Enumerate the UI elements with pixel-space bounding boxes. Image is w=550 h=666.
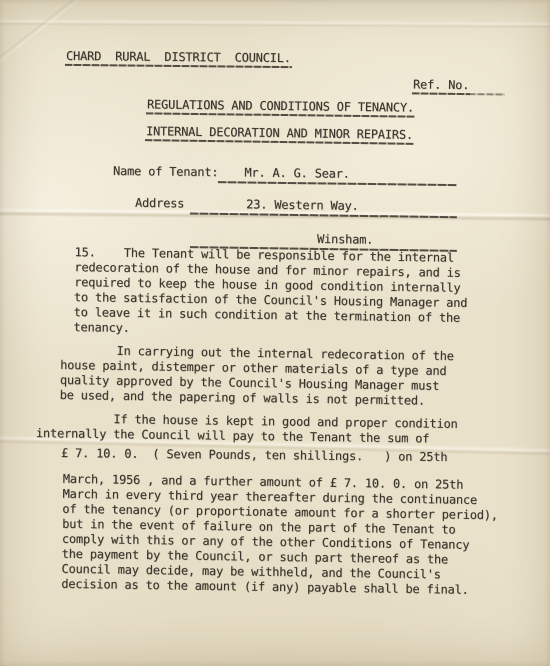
- doc-title: REGULATIONS AND CONDITIONS OF TENANCY.: [147, 97, 414, 115]
- address-label: Address: [135, 196, 184, 211]
- ref-no-row: Ref. No.: [413, 77, 505, 93]
- ref-no-blank-line: [469, 81, 505, 93]
- tenant-name-row: Name of Tenant:Mr. A. G. Sear.: [113, 164, 458, 183]
- doc-title-text: REGULATIONS AND CONDITIONS OF TENANCY.: [147, 97, 414, 115]
- address-value-2: Winsham.: [317, 232, 373, 247]
- doc-subtitle-text: INTERNAL DECORATION AND MINOR REPAIRS.: [146, 124, 413, 143]
- conditions-paragraph: March, 1956 , and a further amount of £ …: [61, 472, 498, 598]
- address-line-2: Winsham.: [190, 230, 457, 249]
- address-line-1: 23. Western Way.: [190, 197, 457, 216]
- doc-subtitle: INTERNAL DECORATION AND MINOR REPAIRS.: [146, 124, 413, 143]
- tenant-name-value: Mr. A. G. Sear.: [244, 166, 350, 181]
- tenant-name-label: Name of Tenant:: [113, 164, 219, 179]
- tenant-name-line: Mr. A. G. Sear.: [218, 165, 457, 183]
- address-row-2: Winsham.: [190, 230, 457, 249]
- clause-15-paragraph: 15. The Tenant will be responsible for t…: [73, 245, 468, 341]
- paper-crease-top: [0, 19, 550, 29]
- address-value-1: 23. Western Way.: [246, 197, 359, 213]
- council-name: CHARD RURAL DISTRICT COUNCIL.: [66, 49, 291, 66]
- materials-paragraph: In carrying out the internal redecoratio…: [60, 343, 454, 409]
- council-name-text: CHARD RURAL DISTRICT COUNCIL.: [66, 49, 291, 66]
- payment-paragraph: If the house is kept in good and proper …: [36, 411, 458, 447]
- address-row-1: Address23. Western Way.: [135, 196, 457, 215]
- ref-no-label: Ref. No.: [413, 77, 469, 93]
- scanned-tenancy-document: CHARD RURAL DISTRICT COUNCIL. Ref. No. R…: [0, 0, 550, 666]
- amount-line: £ 7. 10. 0. ( Seven Pounds, ten shilling…: [61, 446, 447, 465]
